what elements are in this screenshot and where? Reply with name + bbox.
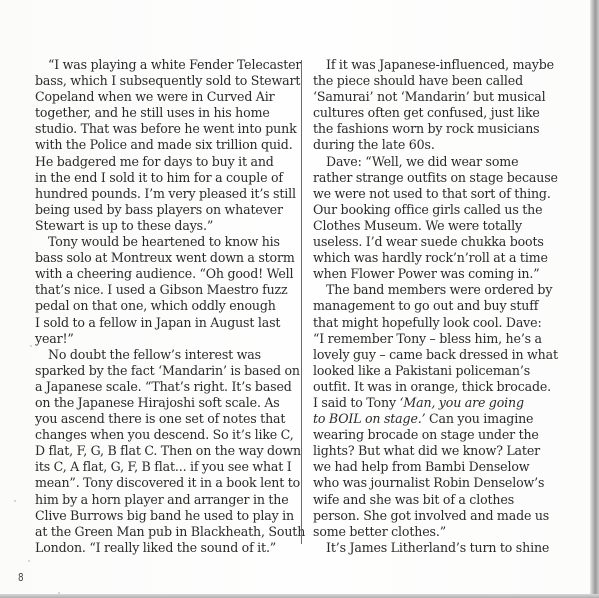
text-line: management to go out and buy stuff (313, 298, 571, 314)
text-line: cultures often get confused, just like (313, 105, 571, 121)
text-line: “I remember Tony – bless him, he’s a (313, 331, 571, 347)
text-line: lovely guy – came back dressed in what (313, 347, 571, 363)
text-line: D flat, F, G, B flat C. Then on the way … (35, 443, 297, 459)
text-line: during the late 60s. (313, 137, 571, 153)
text-line: the fashions worn by rock musicians (313, 121, 571, 137)
text-line: wearing brocade on stage under the (313, 427, 571, 443)
text-line: wife and she was bit of a clothes (313, 492, 571, 508)
paper-speck (30, 345, 32, 347)
text-line: I sold to a fellow in Japan in August la… (35, 315, 297, 331)
page-number: 8 (18, 571, 24, 584)
text-line: outfit. It was in orange, thick brocade. (313, 379, 571, 395)
text-line: studio. That was before he went into pun… (35, 121, 297, 137)
text-line: sparked by the fact ‘Mandarin’ is based … (35, 363, 297, 379)
paper-speck (28, 560, 30, 562)
italic-quote: ‘Man, you are going (399, 395, 523, 410)
text-line: lights? But what did we know? Later (313, 443, 571, 459)
text-line: bass solo at Montreux went down a storm (35, 250, 297, 266)
text-line: Dave: “Well, we did wear some (313, 154, 571, 170)
text-line: rather strange outfits on stage because (313, 170, 571, 186)
text-line: Tony would be heartened to know his (35, 234, 297, 250)
text-line: at the Green Man pub in Blackheath, Sout… (35, 524, 297, 540)
text-line: we had help from Bambi Denselow (313, 459, 571, 475)
text-line: The band members were ordered by (313, 282, 571, 298)
text-line: ‘Samurai’ not ‘Mandarin’ but musical (313, 89, 571, 105)
text-line: its C, A flat, G, F, B flat... if you se… (35, 459, 297, 475)
text-line: the piece should have been called (313, 73, 571, 89)
text-run: Can you imagine (425, 411, 533, 426)
italic-quote: to BOIL on stage.’ (313, 411, 425, 426)
text-line: mean”. Tony discovered it in a book lent… (35, 475, 297, 491)
text-line: person. She got involved and made us (313, 508, 571, 524)
left-text-column: “I was playing a white Fender Telecaster… (35, 57, 297, 556)
text-line: him by a horn player and arranger in the (35, 492, 297, 508)
paper-speck (14, 500, 16, 502)
text-line: useless. I’d wear suede chukka boots (313, 234, 571, 250)
text-line: Clive Burrows big band he used to play i… (35, 508, 297, 524)
text-line: in the end I sold it to him for a couple… (35, 170, 297, 186)
text-line: If it was Japanese-influenced, maybe (313, 57, 571, 73)
text-line: we were not used to that sort of thing. (313, 186, 571, 202)
text-line: being used by bass players on whatever (35, 202, 297, 218)
text-line: pedal on that one, which oddly enough (35, 298, 297, 314)
text-line: some better clothes.” (313, 524, 571, 540)
text-line: with the Police and made six trillion qu… (35, 137, 297, 153)
column-divider (301, 60, 302, 544)
text-line: that might hopefully look cool. Dave: (313, 315, 571, 331)
text-line: which was hardly rock’n’roll at a time (313, 250, 571, 266)
text-line: on the Japanese Hirajoshi soft scale. As (35, 395, 297, 411)
text-line: Stewart is up to these days.” (35, 218, 297, 234)
book-page: “I was playing a white Fender Telecaster… (0, 0, 599, 598)
text-line: who was journalist Robin Denselow’s (313, 475, 571, 491)
text-line: Our booking office girls called us the (313, 202, 571, 218)
text-line: London. “I really liked the sound of it.… (35, 540, 297, 556)
text-line: bass, which I subsequently sold to Stewa… (35, 73, 297, 89)
text-line: Clothes Museum. We were totally (313, 218, 571, 234)
text-line: with a cheering audience. “Oh good! Well (35, 266, 297, 282)
text-line: He badgered me for days to buy it and (35, 154, 297, 170)
text-line: hundred pounds. I’m very pleased it’s st… (35, 186, 297, 202)
text-line: It’s James Litherland’s turn to shine (313, 540, 571, 556)
right-text-column: If it was Japanese-influenced, maybe the… (313, 57, 571, 556)
text-line: you ascend there is one set of notes tha… (35, 411, 297, 427)
text-run: I said to Tony (313, 395, 399, 410)
page-edge-shadow (590, 0, 599, 598)
page-bottom-edge (0, 594, 599, 598)
text-line: that’s nice. I used a Gibson Maestro fuz… (35, 282, 297, 298)
text-line: a Japanese scale. “That’s right. It’s ba… (35, 379, 297, 395)
text-line: I said to Tony ‘Man, you are going (313, 395, 571, 411)
text-line: changes when you descend. So it’s like C… (35, 427, 297, 443)
text-line: Copeland when we were in Curved Air (35, 89, 297, 105)
text-line: “I was playing a white Fender Telecaster (35, 57, 297, 73)
text-line: together, and he still uses in his home (35, 105, 297, 121)
text-line: year!” (35, 331, 297, 347)
text-line: when Flower Power was coming in.” (313, 266, 571, 282)
text-line: to BOIL on stage.’ Can you imagine (313, 411, 571, 427)
text-line: No doubt the fellow’s interest was (35, 347, 297, 363)
text-line: looked like a Pakistani policeman’s (313, 363, 571, 379)
